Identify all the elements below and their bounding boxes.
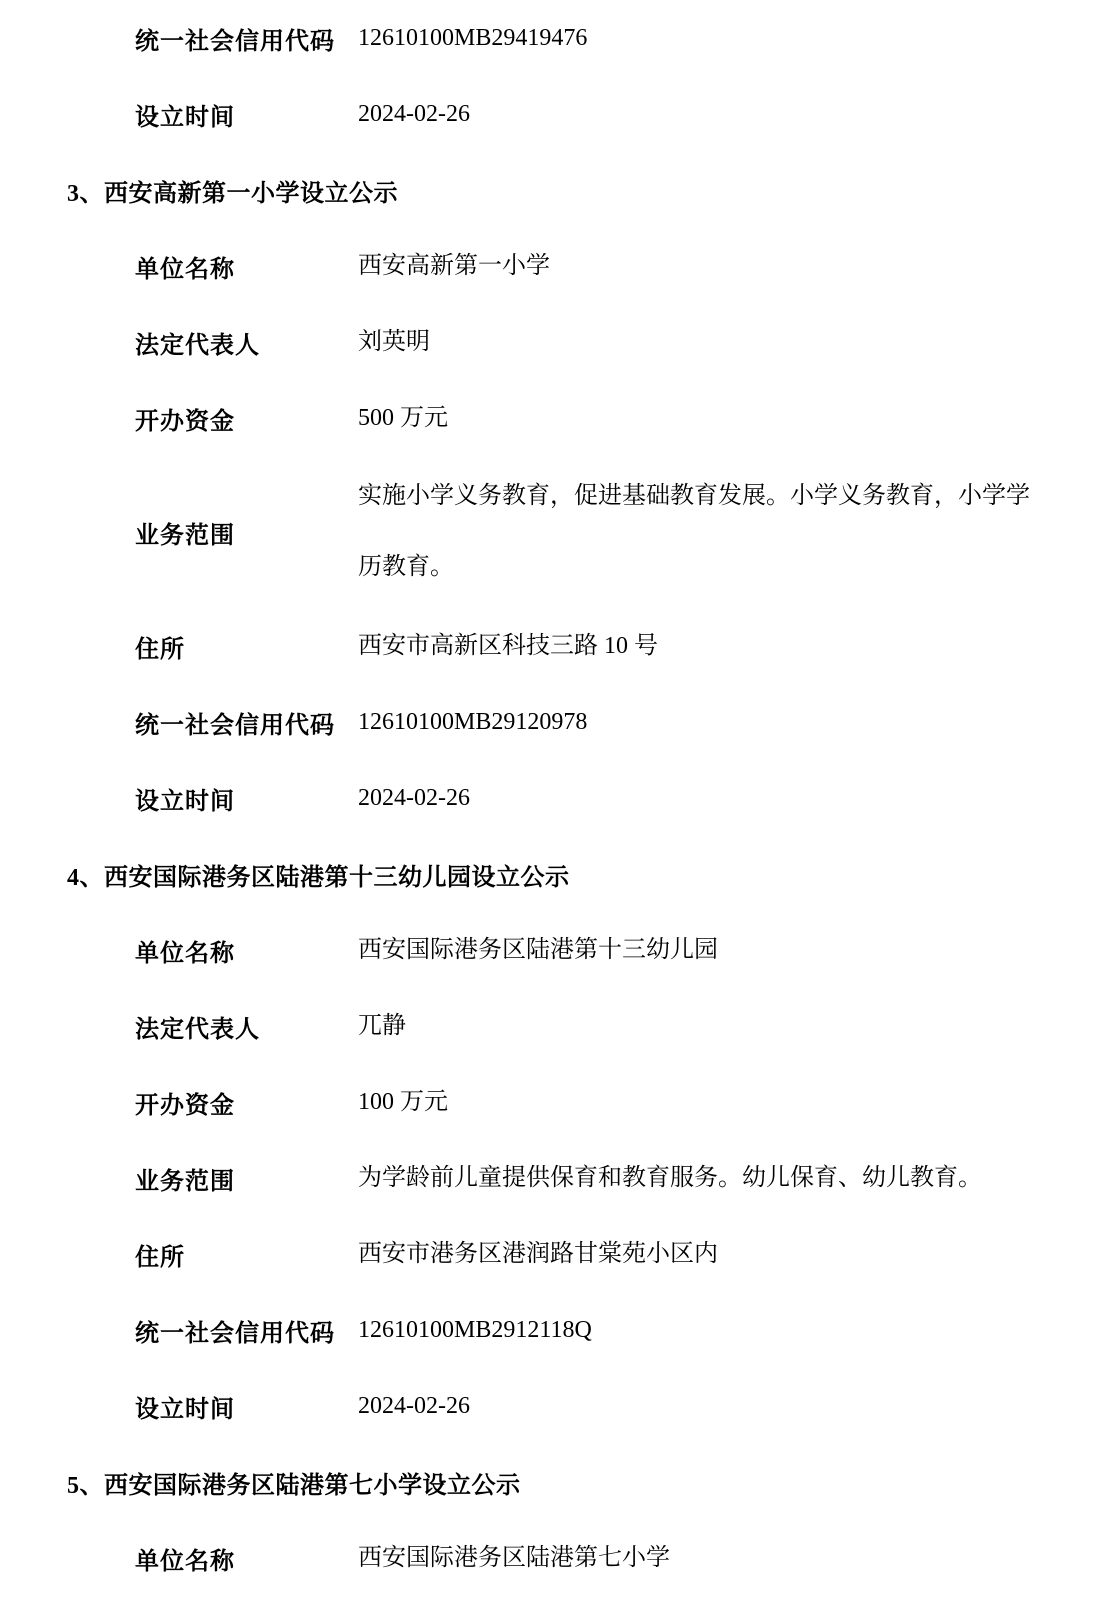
legal-rep-value: 刘英明: [358, 307, 430, 378]
credit-code-label: 统一社会信用代码: [135, 705, 358, 740]
business-scope-row: 业务范围 为学龄前儿童提供保育和教育服务。幼儿保育、幼儿教育。: [0, 1140, 1107, 1216]
establish-date-row: 设立时间 2024-02-26: [0, 76, 1107, 152]
capital-value: 100 万元: [358, 1067, 448, 1138]
establish-date-value: 2024-02-26: [358, 763, 470, 834]
announcement-document-page: 统一社会信用代码 12610100MB29419476 设立时间 2024-02…: [0, 0, 1107, 1600]
unit-name-value: 西安国际港务区陆港第七小学: [358, 1523, 670, 1594]
unit-name-label: 单位名称: [135, 933, 358, 968]
legal-rep-label: 法定代表人: [135, 325, 358, 360]
capital-row: 开办资金 500 万元: [0, 380, 1107, 456]
capital-row: 开办资金 100 万元: [0, 1064, 1107, 1140]
address-row: 住所 西安市高新区科技三路 10 号: [0, 608, 1107, 684]
address-value: 西安市高新区科技三路 10 号: [358, 611, 658, 682]
unit-name-label: 单位名称: [135, 1541, 358, 1576]
legal-rep-value: 兀静: [358, 991, 406, 1062]
credit-code-value: 12610100MB29120978: [358, 687, 587, 758]
establish-date-row: 设立时间 2024-02-26: [0, 760, 1107, 836]
address-row: 住所 西安市港务区港润路甘棠苑小区内: [0, 1216, 1107, 1292]
business-scope-row: 业务范围 实施小学义务教育，促进基础教育发展。小学义务教育，小学学历教育。: [0, 456, 1107, 608]
section-3-heading: 3、西安高新第一小学设立公示: [0, 152, 1107, 228]
legal-rep-row: 法定代表人 兀静: [0, 988, 1107, 1064]
establish-date-label: 设立时间: [135, 781, 358, 816]
establish-date-label: 设立时间: [135, 1389, 358, 1424]
credit-code-value: 12610100MB2912118Q: [358, 1295, 592, 1366]
business-scope-value: 实施小学义务教育，促进基础教育发展。小学义务教育，小学学历教育。: [358, 461, 1040, 603]
establish-date-value: 2024-02-26: [358, 79, 470, 150]
unit-name-row: 单位名称 西安高新第一小学: [0, 228, 1107, 304]
address-value: 西安市港务区港润路甘棠苑小区内: [358, 1219, 718, 1290]
establish-date-label: 设立时间: [135, 97, 358, 132]
legal-rep-label: 法定代表人: [135, 1009, 358, 1044]
credit-code-row: 统一社会信用代码 12610100MB29419476: [0, 0, 1107, 76]
establish-date-value: 2024-02-26: [358, 1371, 470, 1442]
business-scope-value: 为学龄前儿童提供保育和教育服务。幼儿保育、幼儿教育。: [358, 1143, 982, 1214]
unit-name-value: 西安高新第一小学: [358, 231, 550, 302]
capital-label: 开办资金: [135, 1085, 358, 1120]
section-4-heading: 4、西安国际港务区陆港第十三幼儿园设立公示: [0, 836, 1107, 912]
section-5-heading: 5、西安国际港务区陆港第七小学设立公示: [0, 1444, 1107, 1520]
establish-date-row: 设立时间 2024-02-26: [0, 1368, 1107, 1444]
legal-rep-row: 法定代表人 刘英明: [0, 304, 1107, 380]
unit-name-value: 西安国际港务区陆港第十三幼儿园: [358, 915, 718, 986]
capital-value: 500 万元: [358, 383, 448, 454]
unit-name-row: 单位名称 西安国际港务区陆港第七小学: [0, 1520, 1107, 1596]
credit-code-label: 统一社会信用代码: [135, 21, 358, 56]
credit-code-value: 12610100MB29419476: [358, 3, 587, 74]
credit-code-row: 统一社会信用代码 12610100MB2912118Q: [0, 1292, 1107, 1368]
credit-code-row: 统一社会信用代码 12610100MB29120978: [0, 684, 1107, 760]
business-scope-label: 业务范围: [135, 1161, 358, 1196]
address-label: 住所: [135, 1237, 358, 1272]
credit-code-label: 统一社会信用代码: [135, 1313, 358, 1348]
unit-name-label: 单位名称: [135, 249, 358, 284]
capital-label: 开办资金: [135, 401, 358, 436]
business-scope-label: 业务范围: [135, 515, 358, 550]
unit-name-row: 单位名称 西安国际港务区陆港第十三幼儿园: [0, 912, 1107, 988]
address-label: 住所: [135, 629, 358, 664]
